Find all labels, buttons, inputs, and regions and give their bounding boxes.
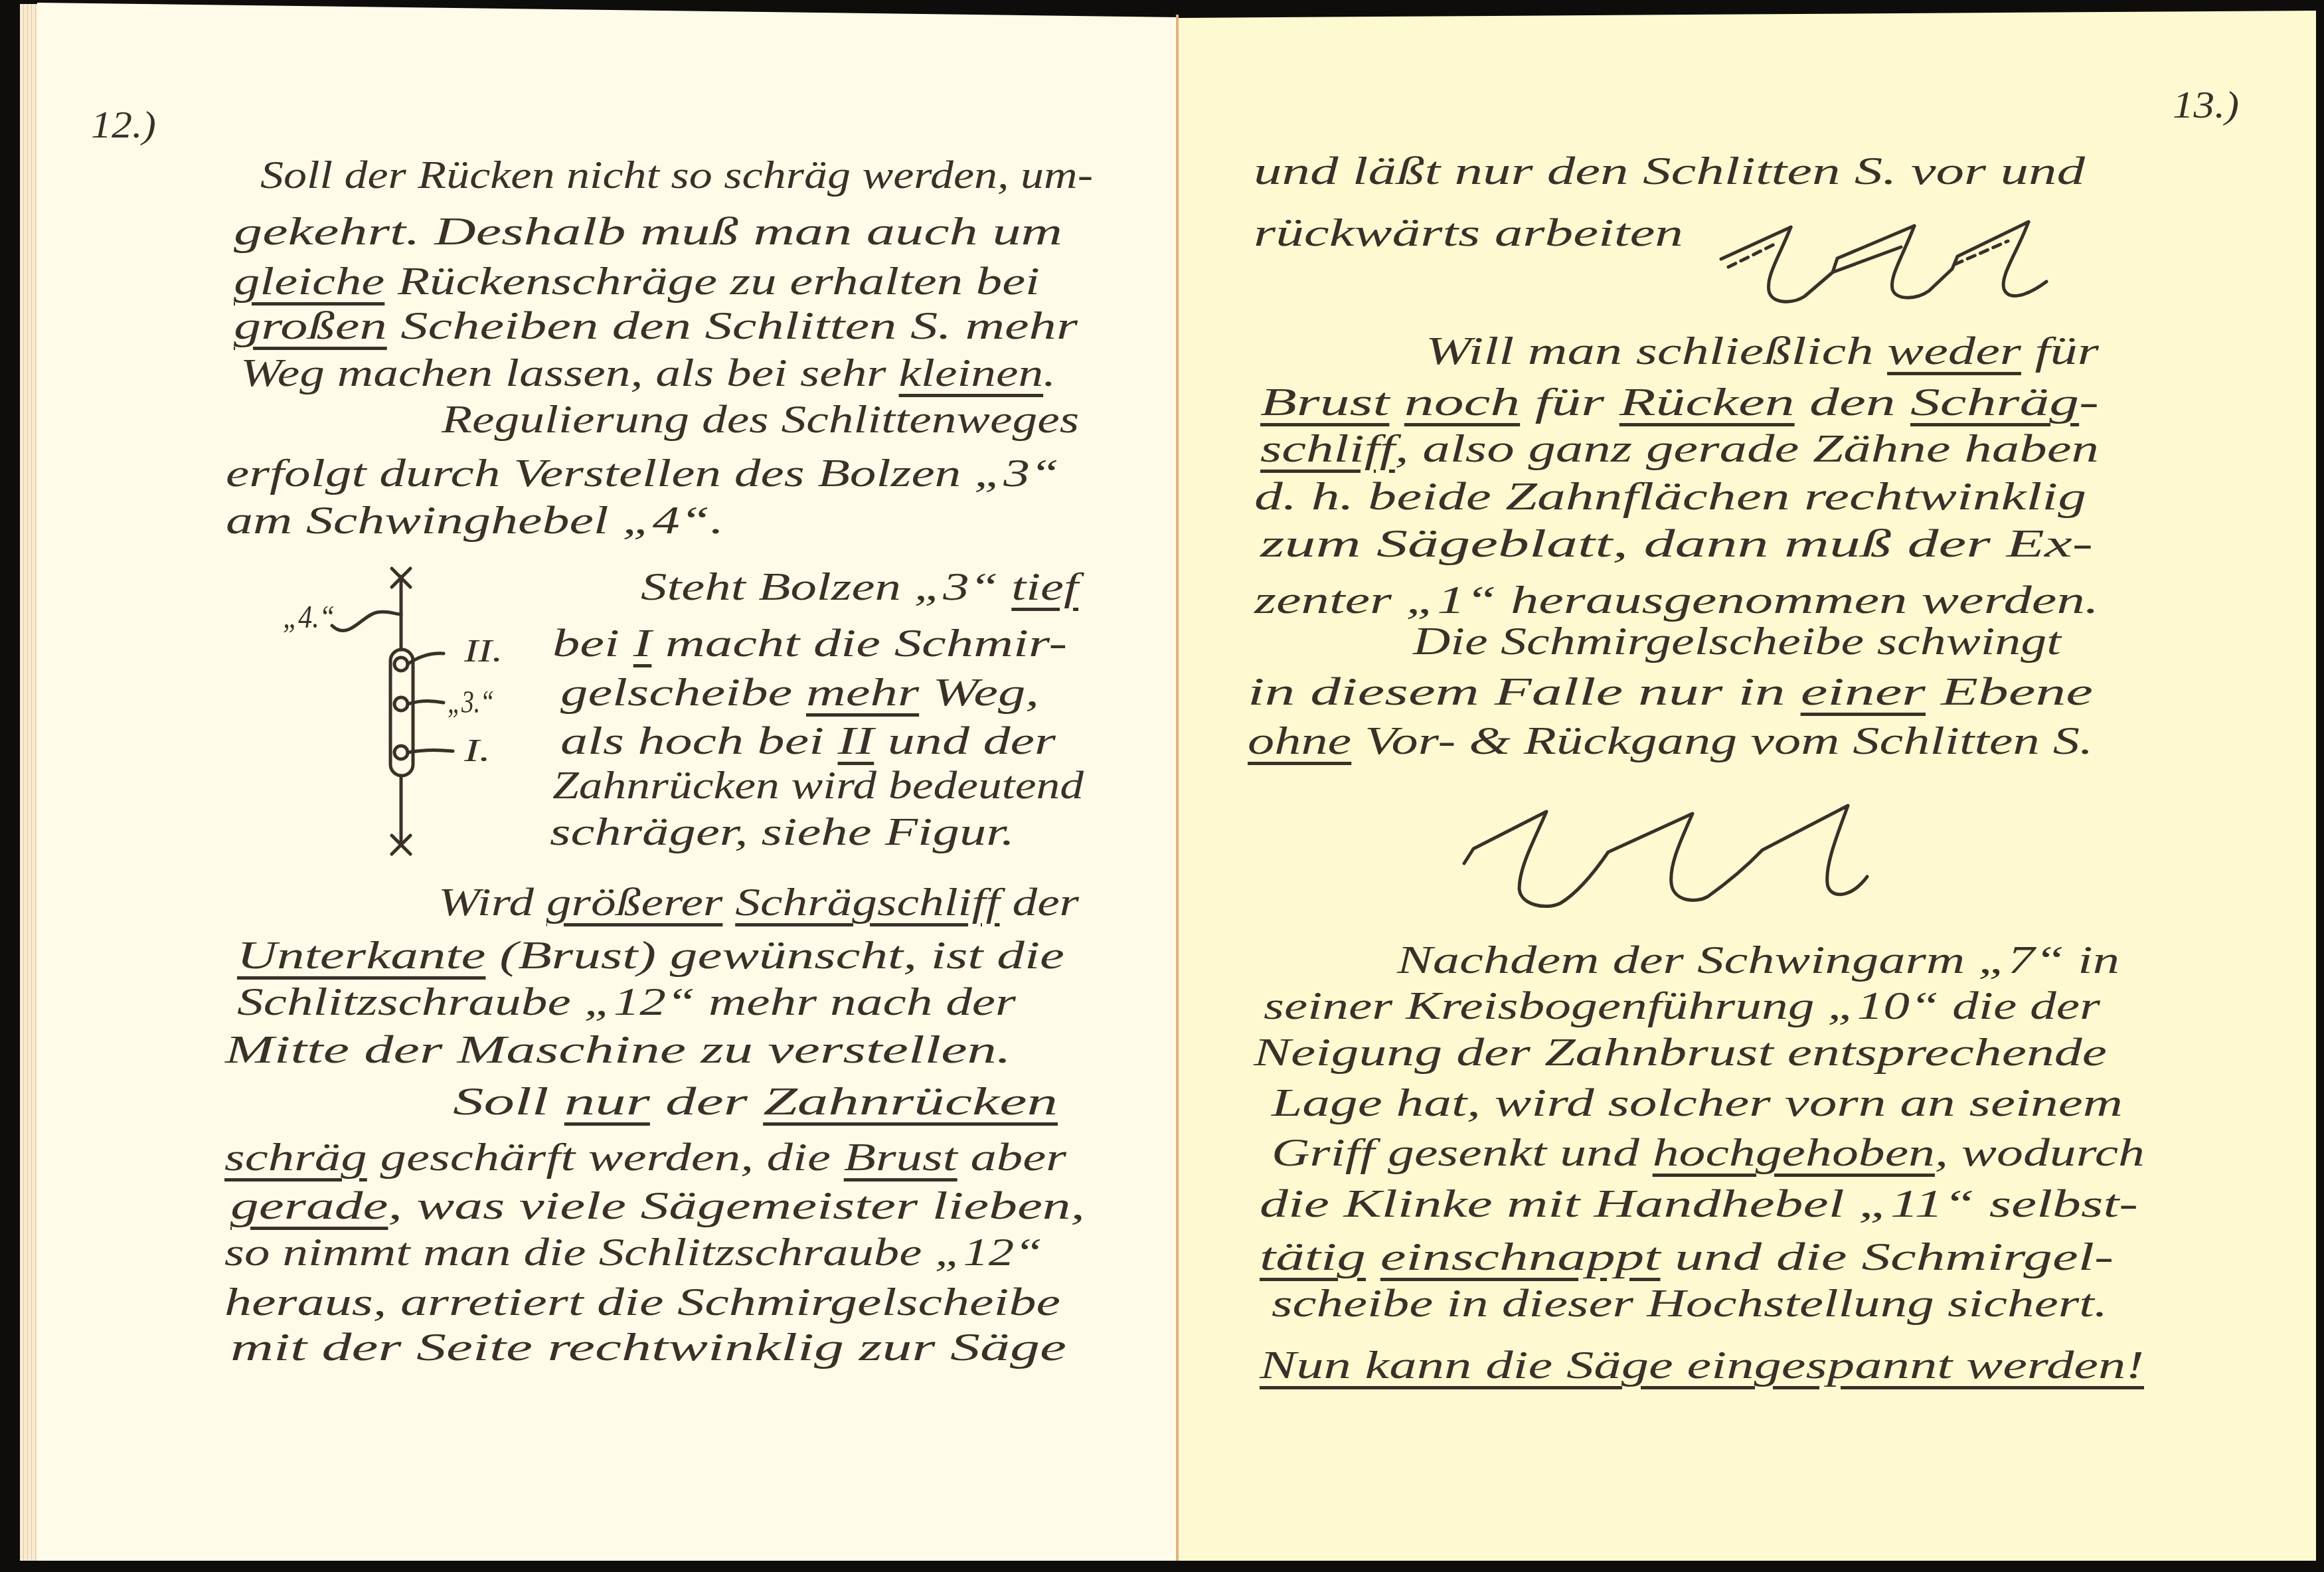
page-number-text: 13.): [2173, 83, 2239, 126]
text-segment: Nachdem der Schwingarm „7“ in: [1397, 938, 2119, 982]
text-line: Will man schließlich weder für: [1426, 331, 2099, 371]
text-segment: weder: [1887, 329, 2021, 373]
text-line: tätig einschnappt und die Schmirgel-: [1260, 1237, 2114, 1276]
text-segment: Griff gesenkt und: [1272, 1130, 1653, 1174]
text-segment: hochgehoben: [1653, 1130, 1935, 1174]
text-line: Brust noch für Rücken den Schräg-: [1260, 382, 2099, 422]
text-segment: für: [2021, 329, 2099, 373]
text-segment: in diesem Falle nur in: [1248, 669, 1801, 713]
text-segment: Schräg: [1910, 380, 2079, 424]
text-line: scheibe in dieser Hochstellung sichert.: [1272, 1283, 2108, 1323]
text-segment: Lage hat, wird solcher vorn an seinem: [1272, 1081, 2123, 1124]
text-segment: , also ganz gerade Zähne haben: [1395, 426, 2099, 470]
text-segment: scheibe in dieser Hochstellung sichert.: [1272, 1281, 2108, 1325]
text-segment: ohne: [1248, 719, 1351, 762]
text-segment: Brust: [1260, 380, 1389, 424]
page-number: 13.): [2173, 85, 2239, 125]
text-segment: einer: [1801, 669, 1926, 713]
text-line: rückwärts arbeiten: [1254, 213, 1683, 252]
text-segment: die Klinke mit Handhebel „11“ selbst-: [1260, 1181, 2138, 1225]
text-line: zum Sägeblatt, dann muß der Ex-: [1260, 523, 2093, 563]
text-line: seiner Kreisbogenführung „10“ die der: [1264, 986, 2100, 1025]
right-page-text: 13.) und läßt nur den Schlitten S. vor u…: [0, 0, 2324, 1572]
text-line: die Klinke mit Handhebel „11“ selbst-: [1260, 1183, 2138, 1223]
text-segment: Neigung der Zahnbrust entsprechende: [1254, 1030, 2107, 1074]
text-segment: -: [2079, 380, 2099, 424]
text-segment: und läßt nur den Schlitten S. vor und: [1254, 149, 2085, 193]
text-segment: einschnappt: [1380, 1235, 1661, 1278]
text-line: in diesem Falle nur in einer Ebene: [1248, 671, 2093, 711]
text-segment: Vor- & Rückgang vom Schlitten S.: [1351, 719, 2093, 762]
text-line: schliff, also ganz gerade Zähne haben: [1260, 428, 2099, 468]
text-segment: zenter „1“ herausgenommen werden.: [1254, 578, 2099, 622]
text-segment: d. h. beide Zahnflächen rechtwinklig: [1254, 474, 2086, 518]
text-segment: , wodurch: [1935, 1130, 2145, 1174]
text-line: zenter „1“ herausgenommen werden.: [1254, 580, 2099, 620]
text-segment: tätig: [1260, 1235, 1366, 1278]
text-segment: rückwärts arbeiten: [1254, 211, 1683, 254]
text-line: Neigung der Zahnbrust entsprechende: [1254, 1032, 2107, 1072]
text-segment: Nun kann die Säge eingespannt werden!: [1260, 1343, 2144, 1387]
text-segment: und die Schmirgel-: [1660, 1235, 2114, 1278]
text-segment: schliff: [1260, 426, 1395, 470]
text-segment: [1366, 1235, 1380, 1278]
text-segment: zum Sägeblatt, dann muß der Ex-: [1260, 521, 2093, 565]
text-segment: den: [1795, 380, 1910, 424]
text-segment: für: [1520, 380, 1619, 424]
text-line: Nachdem der Schwingarm „7“ in: [1397, 940, 2119, 980]
text-line: und läßt nur den Schlitten S. vor und: [1254, 151, 2085, 191]
text-line: ohne Vor- & Rückgang vom Schlitten S.: [1248, 721, 2093, 760]
text-segment: Die Schmirgelscheibe schwingt: [1413, 619, 2061, 663]
text-segment: seiner Kreisbogenführung „10“ die der: [1264, 984, 2100, 1027]
text-segment: Ebene: [1926, 669, 2093, 713]
text-line: d. h. beide Zahnflächen rechtwinklig: [1254, 476, 2086, 516]
text-segment: [1389, 380, 1404, 424]
text-segment: noch: [1404, 380, 1520, 424]
text-line-closing: Nun kann die Säge eingespannt werden!: [1260, 1345, 2144, 1385]
text-segment: Rücken: [1619, 380, 1795, 424]
text-segment: Will man schließlich: [1426, 329, 1887, 373]
text-line: Lage hat, wird solcher vorn an seinem: [1272, 1083, 2123, 1122]
text-line: Die Schmirgelscheibe schwingt: [1413, 621, 2061, 661]
text-line: Griff gesenkt und hochgehoben, wodurch: [1272, 1132, 2145, 1172]
